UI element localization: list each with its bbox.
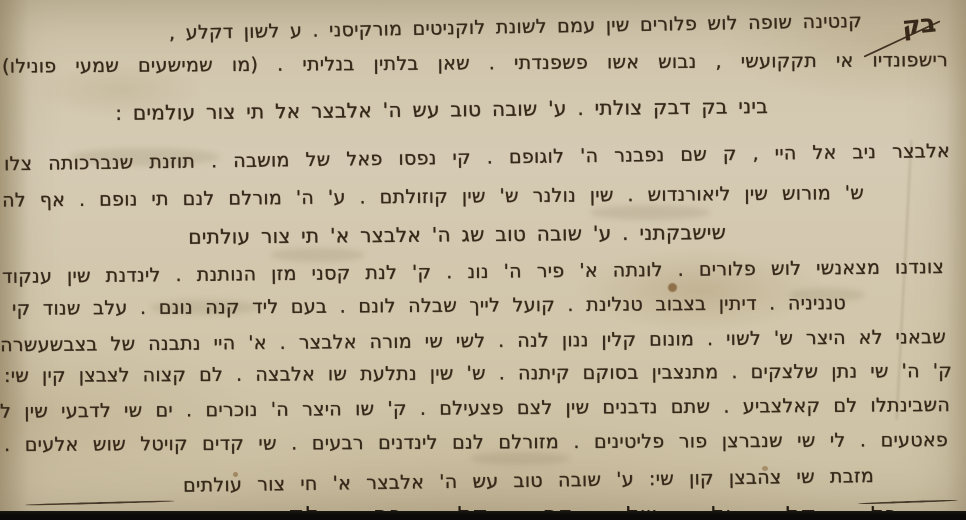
scan-edge-band [0,511,966,520]
manuscript-line-10: ק' ה' שי נתן שלצקים . מתנצבין בסוקם קיתנ… [4,360,952,389]
ink-stain [668,283,677,292]
manuscript-line-3: ביני בק דבק צולתי . ע' שובה טוב עש ה' אל… [292,94,768,124]
manuscript-page: בק קנטינה שופה לוש פלורים שין עמם לשונת … [0,0,966,520]
manuscript-line-6: שישבקתני . ע' שובה טוב שג ה' אלבצר א' תי… [255,220,726,249]
manuscript-line-12: פאטעים . לי שי שנברצן פור פליטינים . מזו… [4,429,948,458]
ink-bleedthrough [270,248,365,262]
